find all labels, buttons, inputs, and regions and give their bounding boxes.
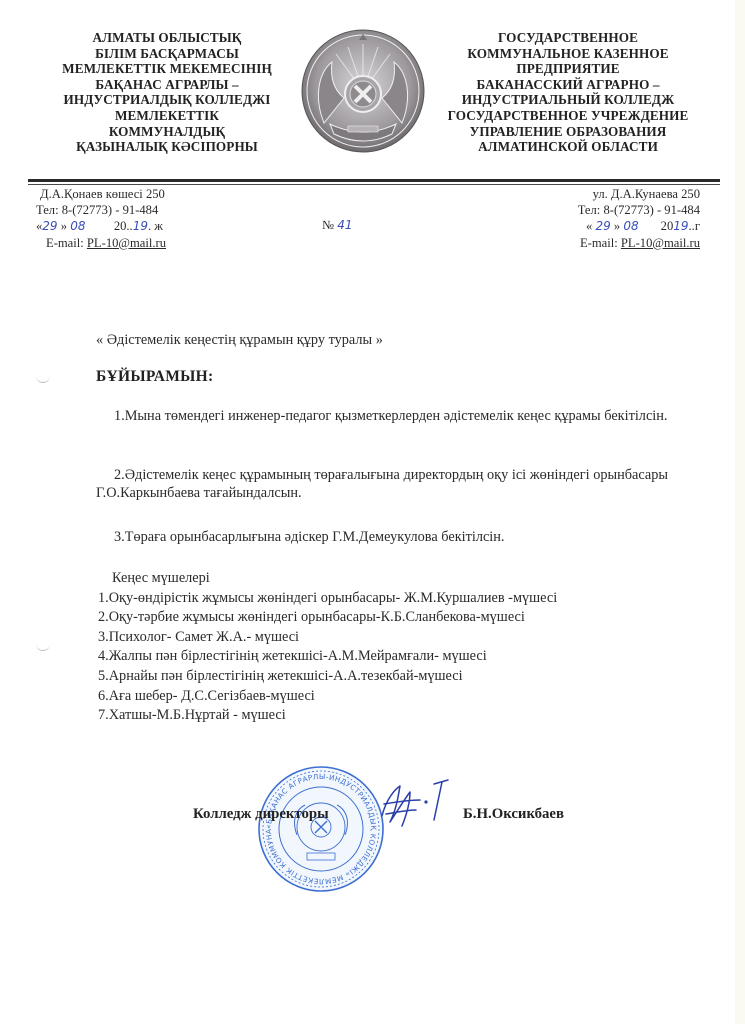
handwritten-signature-icon xyxy=(376,770,454,840)
header-divider-thin xyxy=(28,184,720,185)
order-subject: « Әдістемелік кеңестің құрамын құру тура… xyxy=(96,332,383,349)
date-line: « 29 » 08 2019..г xyxy=(578,218,700,234)
paragraph-text: 2.Әдістемелік кеңес құрамының төрағалығы… xyxy=(96,467,668,501)
header-left-line: БАҚАНАС АГРАРЛЫ – xyxy=(38,77,296,93)
header-left-line: КОММУНАЛДЫҚ xyxy=(38,124,296,140)
list-item: 2.Оқу-тәрбие жұмысы жөніндегі орынбасары… xyxy=(98,608,557,628)
paragraph-text: 3.Төраға орынбасарлығына әдіскер Г.М.Дем… xyxy=(96,529,505,545)
quote-close: » xyxy=(61,219,67,233)
header-right-line: АЛМАТИНСКОЙ ОБЛАСТИ xyxy=(428,139,708,155)
header-divider-thick xyxy=(28,179,720,182)
header-left-line: МЕМЛЕКЕТТІК МЕКЕМЕСІНІҢ xyxy=(38,61,296,77)
list-item: 4.Жалпы пән бірлестігінің жетекшісі-А.М.… xyxy=(98,647,557,667)
phone-number: Тел: 8-(72773) - 91-484 xyxy=(578,202,700,218)
header-right-line: КОММУНАЛЬНОЕ КАЗЕННОЕ xyxy=(428,46,708,62)
street-address: ул. Д.А.Кунаева 250 xyxy=(578,186,700,202)
handwritten-day: 29 xyxy=(595,219,610,233)
order-number: № 41 xyxy=(322,218,352,233)
year-prefix: 20 xyxy=(661,219,674,233)
signatory-role: Колледж директоры xyxy=(193,806,329,823)
email-label: E-mail: xyxy=(580,236,621,250)
year-prefix: 20 xyxy=(114,219,127,233)
list-item: 1.Оқу-өндірістік жұмысы жөніндегі орынба… xyxy=(98,589,557,609)
year-suffix: ж xyxy=(154,219,163,233)
handwritten-year: 19 xyxy=(133,219,148,233)
phone-number: Тел: 8-(72773) - 91-484 xyxy=(36,202,166,218)
order-heading: БҰЙЫРАМЫН: xyxy=(96,368,213,386)
punch-hole-mark xyxy=(36,372,50,383)
list-item: 7.Хатшы-М.Б.Нұртай - мүшесі xyxy=(98,706,557,726)
address-block-kz: Д.А.Қонаев көшесі 250 Тел: 8-(72773) - 9… xyxy=(36,186,166,251)
header-left-line: ИНДУСТРИАЛДЫҚ КОЛЛЕДЖІ xyxy=(38,92,296,108)
address-block-ru: ул. Д.А.Кунаева 250 Тел: 8-(72773) - 91-… xyxy=(578,186,700,251)
email-link[interactable]: PL-10@mail.ru xyxy=(87,236,166,250)
list-item: 3.Психолог- Самет Ж.А.- мүшесі xyxy=(98,628,557,648)
list-item: 5.Арнайы пән бірлестігінің жетекшісі-А.А… xyxy=(98,667,557,687)
list-item: 6.Аға шебер- Д.С.Сегізбаев-мүшесі xyxy=(98,687,557,707)
header-right-line: БАКАНАССКИЙ АГРАРНО – xyxy=(428,77,708,93)
header-right-line: ГОСУДАРСТВЕННОЕ УЧРЕЖДЕНИЕ xyxy=(428,108,708,124)
header-left-line: АЛМАТЫ ОБЛЫСТЫҚ xyxy=(38,30,296,46)
quote-close: » xyxy=(614,219,620,233)
paragraph-text: 1.Мына төмендегі инженер-педагог қызметк… xyxy=(96,408,668,424)
members-title: Кеңес мүшелері xyxy=(98,569,557,589)
order-paragraph-3: 3.Төраға орынбасарлығына әдіскер Г.М.Дем… xyxy=(96,528,668,546)
email-line: E-mail: PL-10@mail.ru xyxy=(36,235,166,251)
header-left-line: МЕМЛЕКЕТТІК xyxy=(38,108,296,124)
email-line: E-mail: PL-10@mail.ru xyxy=(578,235,700,251)
handwritten-year: 19 xyxy=(673,219,688,233)
signatory-name: Б.Н.Оксикбаев xyxy=(463,806,564,823)
page-edge xyxy=(735,0,745,1024)
official-round-stamp-icon: «БАҚАНАС АГРАРЛЫ-ИНДУСТРИАЛДЫҚ КОЛЛЕДЖІ»… xyxy=(257,765,385,893)
street-address: Д.А.Қонаев көшесі 250 xyxy=(36,186,166,202)
header-left-line: ҚАЗЫНАЛЫҚ КӘСІПОРНЫ xyxy=(38,139,296,155)
handwritten-order-number: 41 xyxy=(337,218,352,232)
header-right-line: ПРЕДПРИЯТИЕ xyxy=(428,61,708,77)
punch-hole-mark xyxy=(36,640,50,651)
header-right-ru: ГОСУДАРСТВЕННОЕ КОММУНАЛЬНОЕ КАЗЕННОЕ ПР… xyxy=(428,30,708,155)
header-left-kz: АЛМАТЫ ОБЛЫСТЫҚ БІЛІМ БАСҚАРМАСЫ МЕМЛЕКЕ… xyxy=(38,30,296,155)
council-members-list: Кеңес мүшелері 1.Оқу-өндірістік жұмысы ж… xyxy=(98,569,557,726)
year-suffix: г xyxy=(695,219,700,233)
header-right-line: УПРАВЛЕНИЕ ОБРАЗОВАНИЯ xyxy=(428,124,708,140)
handwritten-month: 08 xyxy=(623,219,638,233)
handwritten-day: 29 xyxy=(42,219,57,233)
handwritten-month: 08 xyxy=(70,219,85,233)
kazakhstan-state-emblem-icon xyxy=(300,28,426,154)
header-left-line: БІЛІМ БАСҚАРМАСЫ xyxy=(38,46,296,62)
quote-open: « xyxy=(586,219,592,233)
date-line: «29 » 08 20..19. ж xyxy=(36,218,166,234)
email-link[interactable]: PL-10@mail.ru xyxy=(621,236,700,250)
number-sign: № xyxy=(322,218,334,232)
email-label: E-mail: xyxy=(46,236,87,250)
order-paragraph-2: 2.Әдістемелік кеңес құрамының төрағалығы… xyxy=(96,466,668,503)
header-right-line: ГОСУДАРСТВЕННОЕ xyxy=(428,30,708,46)
header-right-line: ИНДУСТРИАЛЬНЫЙ КОЛЛЕДЖ xyxy=(428,92,708,108)
order-paragraph-1: 1.Мына төмендегі инженер-педагог қызметк… xyxy=(96,407,668,425)
